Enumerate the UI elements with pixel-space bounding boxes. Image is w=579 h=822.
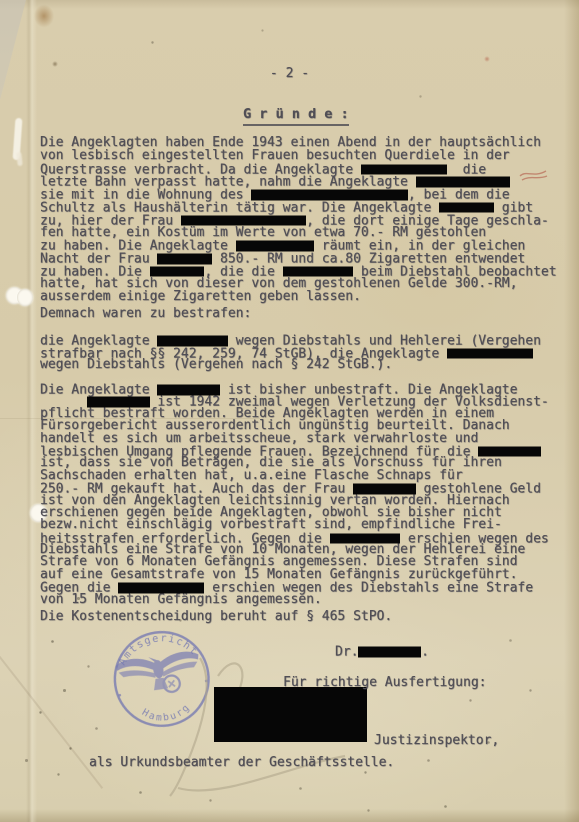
page-title: G r ü n d e : [243,106,349,126]
text-segment: fen hatte, ein Kostüm im Werte von etwa … [40,225,486,240]
text-segment: wegen Diebstahls (Vergehen nach § 242 St… [40,357,392,372]
redaction-bar [236,241,314,252]
paragraph-facts: Die Angeklagten haben Ende 1943 einen Ab… [40,137,557,303]
redaction-bar [361,164,447,175]
redaction-bar [439,202,494,213]
red-pencil-mark [518,166,548,182]
text-line: wegen Diebstahls (Vergehen nach § 242 St… [40,359,541,372]
text-line: auf eine Gesamtstrafe von 15 Monaten Gef… [40,569,549,581]
redaction-bar [447,348,533,359]
text-line: Demnach waren zu bestrafen: [40,308,251,321]
redaction-bar [416,177,510,188]
text-segment: Die Kostenentscheidung beruht auf § 465 … [40,609,392,624]
redaction-bar [181,215,306,226]
text-line: letzte Bahn verpasst hatte, nahm die Ang… [40,175,557,188]
redaction-bar [330,533,400,544]
paragraph-costs: Die Kostenentscheidung beruht auf § 465 … [40,611,392,624]
text-segment: ausserdem einige Zigaretten geben lassen… [40,289,361,304]
redaction-bar [157,336,227,347]
text-line: bezw.nicht einschlägig vorbestraft sind,… [40,519,549,531]
text-segment: Sachschaden erhalten hat, u.a.eine Flasc… [40,468,463,483]
text-line: ausserdem einige Zigaretten geben lassen… [40,291,557,304]
text-line: von lesbisch eingestellten Frauen besuch… [40,150,557,163]
text-segment: von lesbisch eingestellten Frauen besuch… [40,148,510,163]
paragraph-intro: Demnach waren zu bestrafen: [40,308,251,321]
certification-line: Für richtige Ausfertigung: [283,675,487,690]
text-segment: auf eine Gesamtstrafe von 15 Monaten Gef… [40,567,517,582]
court-judgment-page: - 2 - G r ü n d e : Die Angeklagten habe… [0,0,579,822]
redaction-bar [157,385,220,396]
text-line: Querstrasse verbracht. Da die Angeklagte… [40,163,557,176]
text-segment: Dr. [335,645,358,660]
paragraph-sentencing: Die Angeklagte ist bisher unbestraft. Di… [40,383,549,606]
text-segment: von 15 Monaten Gefängnis angemessen. [40,592,322,607]
text-line: zu haben. Die Angeklagte räumt ein, in d… [40,239,557,252]
redaction-bar [87,397,150,408]
text-line: fen hatte, ein Kostüm im Werte von etwa … [40,227,557,240]
official-role-line: als Urkundsbeamter der Geschäftsstelle. [89,755,394,770]
text-line: Die Kostenentscheidung beruht auf § 465 … [40,611,392,624]
text-line: Schultz als Haushälterin tätig war. Die … [40,201,557,214]
judge-signature-line: Dr.. [335,645,429,658]
paragraph-charges: die Angeklagte wegen Diebstahls und Hehl… [40,334,541,372]
text-line: Dr.. [335,645,429,658]
text-segment: Demnach waren zu bestrafen: [40,306,251,321]
redaction-bar [157,254,212,265]
redaction-bar [251,190,408,201]
page-number: - 2 - [0,66,579,81]
text-line: Sachschaden erhalten hat, u.a.eine Flasc… [40,470,549,482]
official-title-line: Justizinspektor, [374,733,499,748]
redaction-bar [118,583,204,594]
text-segment: . [421,645,429,660]
redaction-bar [150,266,205,277]
redaction-bar [353,484,416,495]
text-line: die Angeklagte wegen Diebstahls und Hehl… [40,334,541,347]
redaction-bar [478,446,541,457]
text-line: Die Angeklagte ist bisher unbestraft. Di… [40,383,549,395]
redaction-bar [283,266,353,277]
redaction-bar [358,647,421,658]
